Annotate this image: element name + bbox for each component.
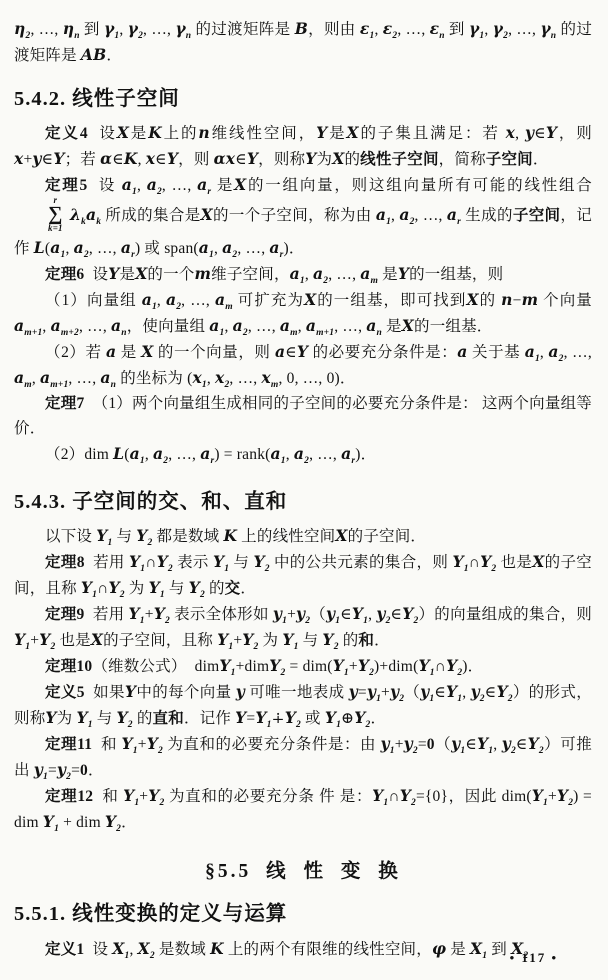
paragraph-theorem-11: 定理11 和 Y1+Y2 为直和的必要充分条件是：由 y1+y2=0（y1∈Y1…: [14, 731, 592, 783]
chapter-section-heading-5-5: §5.5 线 性 变 换: [14, 855, 592, 883]
section-heading-5-5-1: 5.5.1. 线性变换的定义与运算: [14, 896, 592, 926]
paragraph-theorem-5: 定理5 设 a1, a2, …, ar 是X的一组向量，则这组向量所有可能的线性…: [14, 172, 592, 261]
paragraph-theorem-10: 定理10（维数公式） dimY1+dimY2 = dim(Y1+Y2)+dim(…: [14, 653, 592, 679]
paragraph-theorem-7-item-2: （2）dim L(a1, a2, …, ar) = rank(a1, a2, ……: [14, 441, 592, 467]
section-heading-5-4-3: 5.4.3. 子空间的交、和、直和: [14, 484, 592, 514]
paragraph-theorem-6: 定理6 设Y是X的一个m维子空间，a1, a2, …, am 是Y的一组基，则: [14, 261, 592, 287]
paragraph-section-intro: 以下设 Y1 与 Y2 都是数域 K 上的线性空间X的子空间．: [14, 523, 592, 549]
paragraph-definition-1: 定义1 设 X1, X2 是数域 K 上的两个有限维的线性空间，φ 是 X1 到…: [14, 936, 592, 962]
paragraph-theorem-12: 定理12 和 Y1+Y2 为直和的必要充分条 件 是：Y1∩Y2={0}，因此 …: [14, 783, 592, 835]
paragraph-theorem-8: 定理8 若用 Y1∩Y2 表示 Y1 与 Y2 中的公共元素的集合，则 Y1∩Y…: [14, 549, 592, 601]
section-heading-5-4-2: 5.4.2. 线性子空间: [14, 81, 592, 111]
paragraph-theorem-7: 定理7 （1）两个向量组生成相同的子空间的必要充分条件是： 这两个向量组等价．: [14, 391, 592, 441]
paragraph-definition-4: 定义4 设X是K上的n维线性空间，Y是X的子集且满足：若 x, y∈Y，则 x+…: [14, 120, 592, 172]
continuation-paragraph: η2, …, ηn 到 γ1, γ2, …, γn 的过渡矩阵是 B，则由 ε1…: [14, 16, 592, 68]
paragraph-theorem-9: 定理9 若用 Y1+Y2 表示全体形如 y1+y2（y1∈Y1, y2∈Y2）的…: [14, 601, 592, 653]
paragraph-definition-5: 定义5 如果Y中的每个向量 y 可唯一地表成 y=y1+y2（y1∈Y1, y2…: [14, 679, 592, 731]
paragraph-theorem-6-item-2: （2）若 a 是 X 的一个向量，则 a∈Y 的必要充分条件是：a 关于基 a1…: [14, 339, 592, 391]
paragraph-theorem-6-item-1: （1）向量组 a1, a2, …, am 可扩充为X的一组基，即可找到X的 n−…: [14, 287, 592, 339]
textbook-page: η2, …, ηn 到 γ1, γ2, …, γn 的过渡矩阵是 B，则由 ε1…: [0, 0, 608, 980]
page-number: • 117 •: [510, 950, 558, 966]
